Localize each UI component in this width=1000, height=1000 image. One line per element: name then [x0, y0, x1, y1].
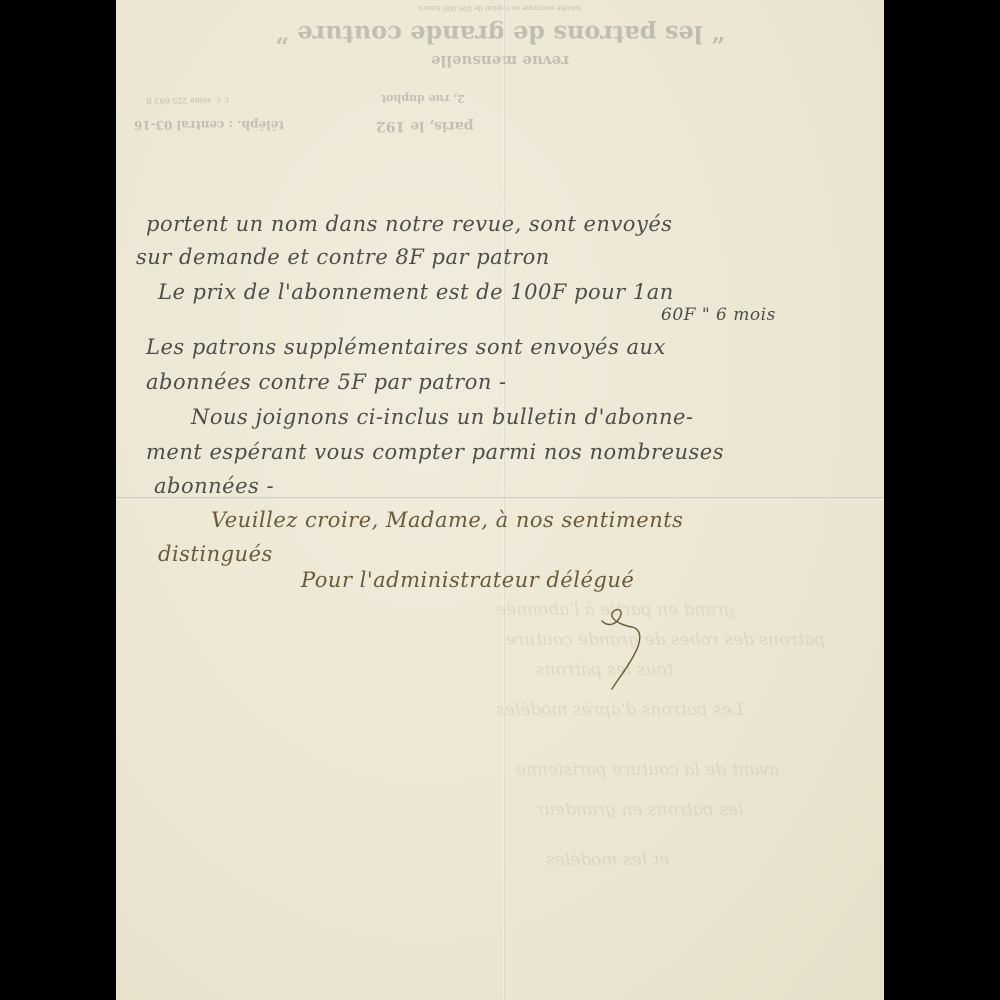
letter-line-7: Nous joignons ci-inclus un bulletin d'ab…: [191, 405, 694, 429]
letterhead-phone: téléph. : central 03-16: [134, 118, 284, 132]
letter-line-5: Les patrons supplémentaires sont envoyés…: [146, 335, 666, 359]
letter-line-10: Veuillez croire, Madame, à nos sentiment…: [211, 508, 683, 532]
mirrored-letterhead: téléph. : central 03-16 r. c. seine 225.…: [116, 0, 884, 200]
letter-line-9: abonnées -: [154, 474, 274, 498]
signature-initial-icon: [598, 605, 658, 695]
letter-line-6: abonnées contre 5F par patron -: [146, 370, 507, 394]
letterhead-capital: société anonyme au capital de 400.000 fr…: [116, 4, 884, 12]
vertical-fold-line: [503, 0, 505, 1000]
letter-line-2: sur demande et contre 8F par patron: [136, 245, 550, 269]
letter-line-1: portent un nom dans notre revue, sont en…: [146, 212, 673, 236]
bleed-through-text: Les patrons d'après modèles: [496, 700, 743, 720]
letter-line-8: ment espérant vous compter parmi nos nom…: [146, 440, 724, 464]
letterhead-date-line: paris, le 192: [376, 118, 474, 134]
bleed-through-text: avant de la couture parisienne: [516, 760, 779, 780]
bleed-through-text: patrons des robes de grande couture: [506, 630, 825, 650]
letter-line-3: Le prix de l'abonnement est de 100F pour…: [158, 280, 674, 304]
letterhead-subtitle: revue mensuelle: [116, 52, 884, 70]
bleed-through-text: et les modèles: [546, 850, 669, 870]
bleed-through-text: les patrons en grandeur: [536, 800, 743, 820]
letterhead-address: 2, rue duphot: [381, 92, 465, 105]
letter-paper: téléph. : central 03-16 r. c. seine 225.…: [116, 0, 884, 1000]
letter-line-11: distingués: [158, 542, 273, 566]
letter-line-12: Pour l'administrateur délégué: [301, 568, 634, 592]
letterhead-title: “ les patrons de grande couture ”: [116, 20, 884, 49]
letterhead-registry: r. c. seine 225.693 B: [146, 96, 229, 105]
letter-line-4: 60F " 6 mois: [661, 305, 776, 325]
